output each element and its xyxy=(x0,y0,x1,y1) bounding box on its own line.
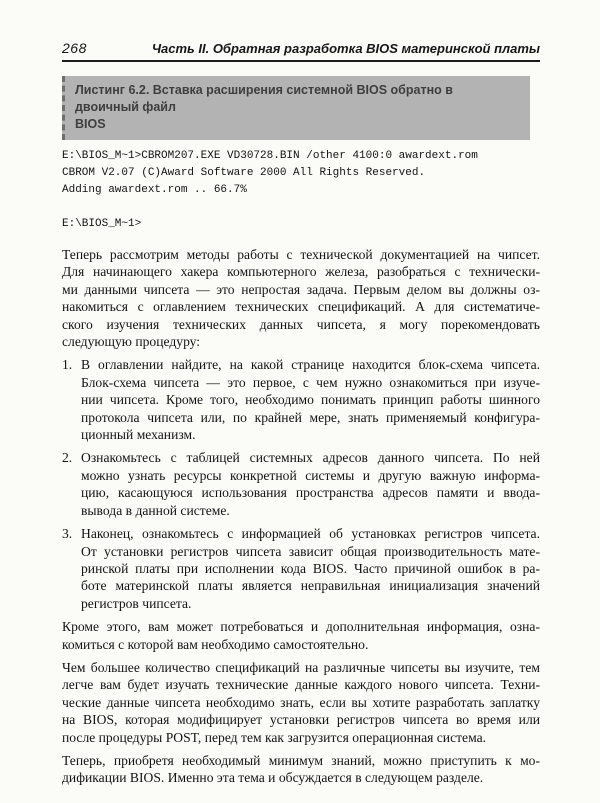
text-line: комиться с которой вам необходимо самост… xyxy=(62,636,540,653)
list-item-marker: 3. xyxy=(62,525,81,612)
list-item-marker: 2. xyxy=(62,449,81,519)
list-item-text: Наконец, ознакомьтесь с информацией об у… xyxy=(81,525,540,612)
text-line: ринской платы при исполнении кода BIOS. … xyxy=(81,560,540,577)
code-line: E:\BIOS_M~1>CBROM207.EXE VD30728.BIN /ot… xyxy=(62,148,540,165)
code-line xyxy=(62,199,540,216)
text-line: после процедуры POST, перед тем как загр… xyxy=(62,729,540,746)
paragraph: Кроме этого, вам может потребоваться и д… xyxy=(62,618,540,653)
text-line: От установки регистров чипсета зависит о… xyxy=(81,543,540,560)
text-line: Наконец, ознакомьтесь с информацией об у… xyxy=(81,525,540,542)
list-item-text: Ознакомьтесь с таблицей системных адресо… xyxy=(81,449,540,519)
body-text: Теперь рассмотрим методы работы с технич… xyxy=(62,246,540,787)
code-line: CBROM V2.07 (C)Award Software 2000 All R… xyxy=(62,165,540,182)
text-line: Ознакомьтесь с таблицей системных адресо… xyxy=(81,449,540,466)
text-line: Кроме этого, вам может потребоваться и д… xyxy=(62,618,540,635)
paragraph: Теперь, приобретя необходимый минимум зн… xyxy=(62,752,540,787)
list-item: 2.Ознакомьтесь с таблицей системных адре… xyxy=(62,449,540,519)
text-line: Блок-схема чипсета — это первое, с чем н… xyxy=(81,374,540,391)
code-line: Adding awardext.rom .. 66.7% xyxy=(62,182,540,199)
text-line: ческие данные чипсета необходимо знать, … xyxy=(62,694,540,711)
chapter-running-title: Часть II. Обратная разработка BIOS матер… xyxy=(152,41,540,56)
text-line: протокола чипсета или, по крайней мере, … xyxy=(81,409,540,426)
text-line: можно узнать ресурсы конкретной системы … xyxy=(81,467,540,484)
text-line: ского изучения технических данных чипсет… xyxy=(62,316,540,333)
page-content: 268 Часть II. Обратная разработка BIOS м… xyxy=(62,0,540,787)
list-item: 3.Наконец, ознакомьтесь с информацией об… xyxy=(62,525,540,612)
text-line: легче вам будет изучать технические данн… xyxy=(62,676,540,693)
text-line: накомиться с оглавлением технических спе… xyxy=(62,298,540,315)
code-line: E:\BIOS_M~1> xyxy=(62,216,540,233)
list-item-text: В оглавлении найдите, на какой странице … xyxy=(81,356,540,443)
text-line: боте материнской платы является неправил… xyxy=(81,577,540,594)
list-item: 1.В оглавлении найдите, на какой страниц… xyxy=(62,356,540,443)
text-line: цию, касающуюся использования пространст… xyxy=(81,484,540,501)
paragraph: Теперь рассмотрим методы работы с технич… xyxy=(62,246,540,350)
paragraph: Чем большее количество спецификаций на р… xyxy=(62,659,540,746)
listing-header-box: Листинг 6.2. Вставка расширения системно… xyxy=(62,76,530,140)
text-line: вывода в данной системе. xyxy=(81,502,540,519)
book-page: 268 Часть II. Обратная разработка BIOS м… xyxy=(0,0,600,803)
running-head: 268 Часть II. Обратная разработка BIOS м… xyxy=(62,40,540,62)
text-line: ми данными чипсета — это непростая задач… xyxy=(62,281,540,298)
text-line: Чем большее количество спецификаций на р… xyxy=(62,659,540,676)
text-line: дификации BIOS. Именно эта тема и обсужд… xyxy=(62,769,540,786)
list-item-marker: 1. xyxy=(62,356,81,443)
text-line: Теперь, приобретя необходимый минимум зн… xyxy=(62,752,540,769)
text-line: на BIOS, которая модифицирует установки … xyxy=(62,711,540,728)
text-line: В оглавлении найдите, на какой странице … xyxy=(81,356,540,373)
text-line: ционный механизм. xyxy=(81,426,540,443)
text-line: Для начинающего хакера компьютерного жел… xyxy=(62,263,540,280)
code-block: E:\BIOS_M~1>CBROM207.EXE VD30728.BIN /ot… xyxy=(62,148,540,233)
text-line: нии чипсета. Кроме того, необходимо пони… xyxy=(81,391,540,408)
text-line: следующую процедуру: xyxy=(62,333,540,350)
page-number: 268 xyxy=(62,40,87,56)
text-line: Теперь рассмотрим методы работы с технич… xyxy=(62,246,540,263)
text-line: регистров чипсета. xyxy=(81,595,540,612)
